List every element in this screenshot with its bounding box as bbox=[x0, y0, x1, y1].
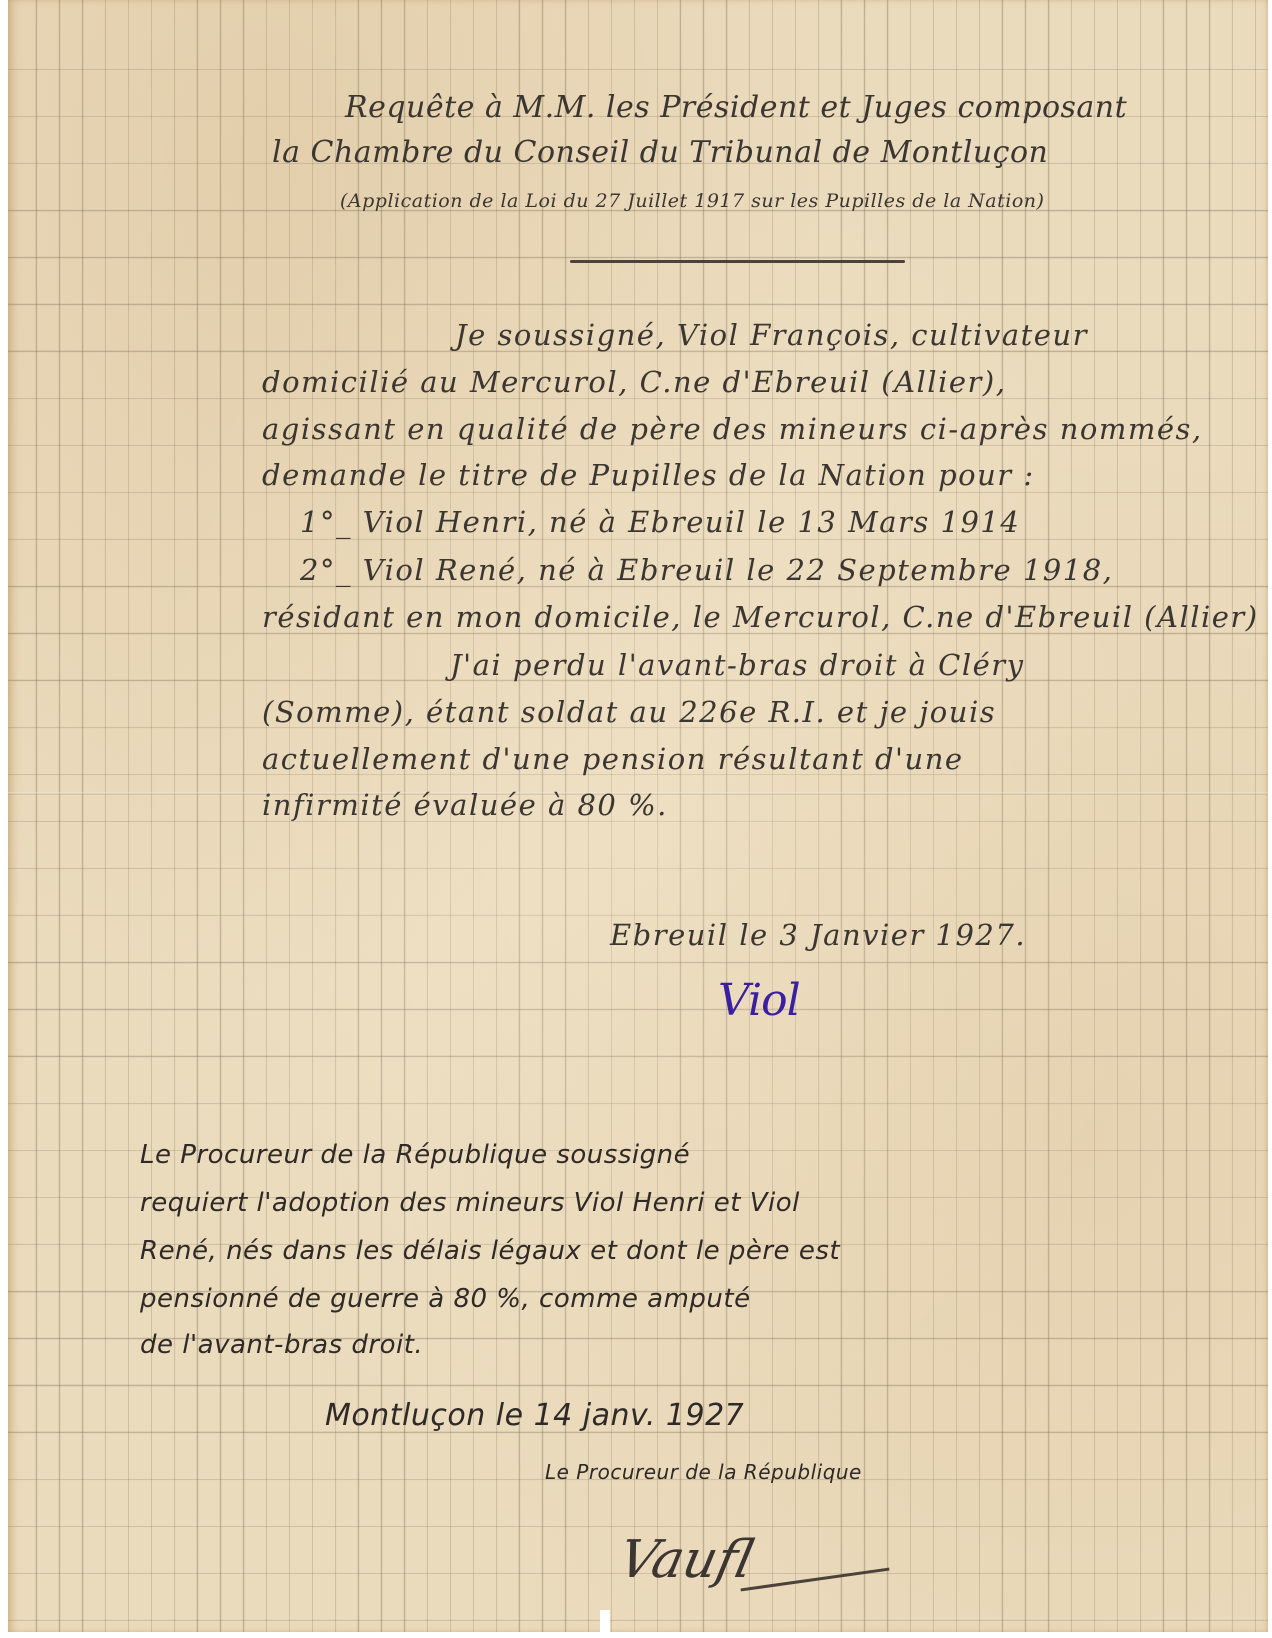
body-line: Je soussigné, Viol François, cultivateur bbox=[455, 318, 1088, 352]
body-line: J'ai perdu l'avant-bras droit à Cléry bbox=[450, 648, 1025, 682]
signature-procureur: Vaufl bbox=[614, 1530, 759, 1590]
header-line-3: (Application de la Loi du 27 Juillet 191… bbox=[340, 190, 1044, 212]
date-line: Ebreuil le 3 Janvier 1927. bbox=[610, 918, 1026, 952]
body-line: actuellement d'une pension résultant d'u… bbox=[262, 742, 964, 776]
paper-tear bbox=[600, 1610, 610, 1638]
annotation-line: pensionné de guerre à 80 %, comme amputé bbox=[140, 1284, 751, 1314]
body-line: infirmité évaluée à 80 %. bbox=[262, 788, 668, 822]
header-divider bbox=[570, 260, 905, 263]
header-line-1: Requête à M.M. les Président et Juges co… bbox=[345, 90, 1127, 125]
annotation-line: René, nés dans les délais légaux et dont… bbox=[140, 1236, 840, 1266]
annotation-line: Le Procureur de la République soussigné bbox=[140, 1140, 690, 1170]
signature-viol: Viol bbox=[718, 975, 800, 1026]
body-line: résidant en mon domicile, le Mercurol, C… bbox=[262, 600, 1259, 634]
body-line: domicilié au Mercurol, C.ne d'Ebreuil (A… bbox=[262, 365, 1006, 399]
annotation-line: requiert l'adoption des mineurs Viol Hen… bbox=[140, 1188, 800, 1218]
header-line-2: la Chambre du Conseil du Tribunal de Mon… bbox=[272, 135, 1048, 170]
body-line: (Somme), étant soldat au 226e R.I. et je… bbox=[262, 695, 996, 729]
annotation-line: de l'avant-bras droit. bbox=[140, 1330, 423, 1360]
list-item: 2°_ Viol René, né à Ebreuil le 22 Septem… bbox=[300, 553, 1113, 587]
annotation-place-date: Montluçon le 14 janv. 1927 bbox=[325, 1398, 744, 1433]
body-line: agissant en qualité de père des mineurs … bbox=[262, 412, 1203, 446]
annotation-title: Le Procureur de la République bbox=[545, 1460, 862, 1484]
body-line: demande le titre de Pupilles de la Natio… bbox=[262, 458, 1035, 492]
list-item: 1°_ Viol Henri, né à Ebreuil le 13 Mars … bbox=[300, 505, 1020, 539]
